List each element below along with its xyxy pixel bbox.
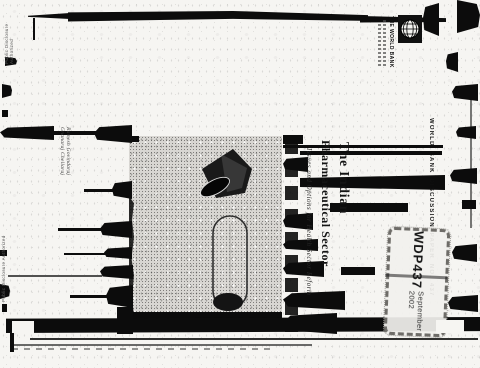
scan-streak — [64, 253, 106, 255]
photo-illustration — [129, 136, 282, 319]
globe-glyph — [400, 18, 420, 40]
scan-streak — [341, 267, 375, 275]
scan-streak — [283, 135, 303, 144]
scan-blob — [452, 84, 478, 101]
scan-streak — [84, 189, 114, 192]
scan-blob — [2, 110, 8, 117]
cup-illustration — [198, 149, 252, 201]
illegible-text-line — [383, 20, 386, 68]
scan-blob — [456, 126, 476, 139]
scan-streak — [30, 338, 478, 340]
scan-streak — [104, 247, 132, 259]
scan-blob — [457, 0, 480, 33]
disclosure-stamp-mid: Public Disclosure Authorized — [1, 228, 6, 302]
title-line-2: Pharmaceutical Sector — [318, 140, 333, 267]
capsule-illustration — [213, 216, 247, 311]
scan-blob — [448, 295, 478, 312]
scan-streak — [100, 221, 132, 238]
authors-block: Ramesh Govindaraj Gnanaraj Chellaraj — [59, 127, 71, 229]
title-subtitle: Issues and Options for Health Sector Ref… — [305, 148, 313, 296]
title-line-1: The Indian — [336, 142, 352, 214]
scan-blob — [423, 3, 439, 36]
scan-streak — [94, 125, 132, 143]
scan-blob — [2, 84, 12, 98]
scan-blob — [446, 52, 458, 72]
author-name: Ramesh Govindaraj — [65, 127, 71, 229]
illegible-text-line — [378, 24, 381, 66]
scan-streak — [12, 348, 274, 350]
author-name: Gnanaraj Chellaraj — [59, 127, 65, 229]
scan-streak — [68, 11, 368, 22]
disclosure-stamp-top: Public Disclosure Authorized — [4, 6, 14, 64]
scan-gap — [436, 320, 464, 333]
report-code: WDP437 — [409, 231, 427, 290]
scanned-cover-page: Public Disclosure Authorized Public Disc… — [0, 0, 480, 368]
scan-streak — [112, 181, 132, 199]
world-bank-globe-icon — [398, 15, 422, 43]
cover-photo — [129, 136, 282, 319]
scan-streak — [0, 126, 54, 140]
scan-streak — [10, 333, 14, 352]
scan-streak — [106, 285, 133, 308]
scan-streak — [33, 18, 35, 40]
scan-streak — [12, 344, 312, 346]
scan-blob — [452, 244, 477, 262]
bank-name: THE WORLD BANK — [388, 16, 394, 72]
scan-streak — [8, 275, 102, 277]
scan-streak — [100, 265, 133, 279]
scan-blob — [462, 200, 476, 209]
scan-blob — [450, 168, 477, 184]
scan-gap — [12, 321, 34, 333]
scan-streak — [70, 295, 108, 298]
scan-blob — [2, 304, 7, 312]
report-date: September 2002 — [406, 291, 426, 334]
